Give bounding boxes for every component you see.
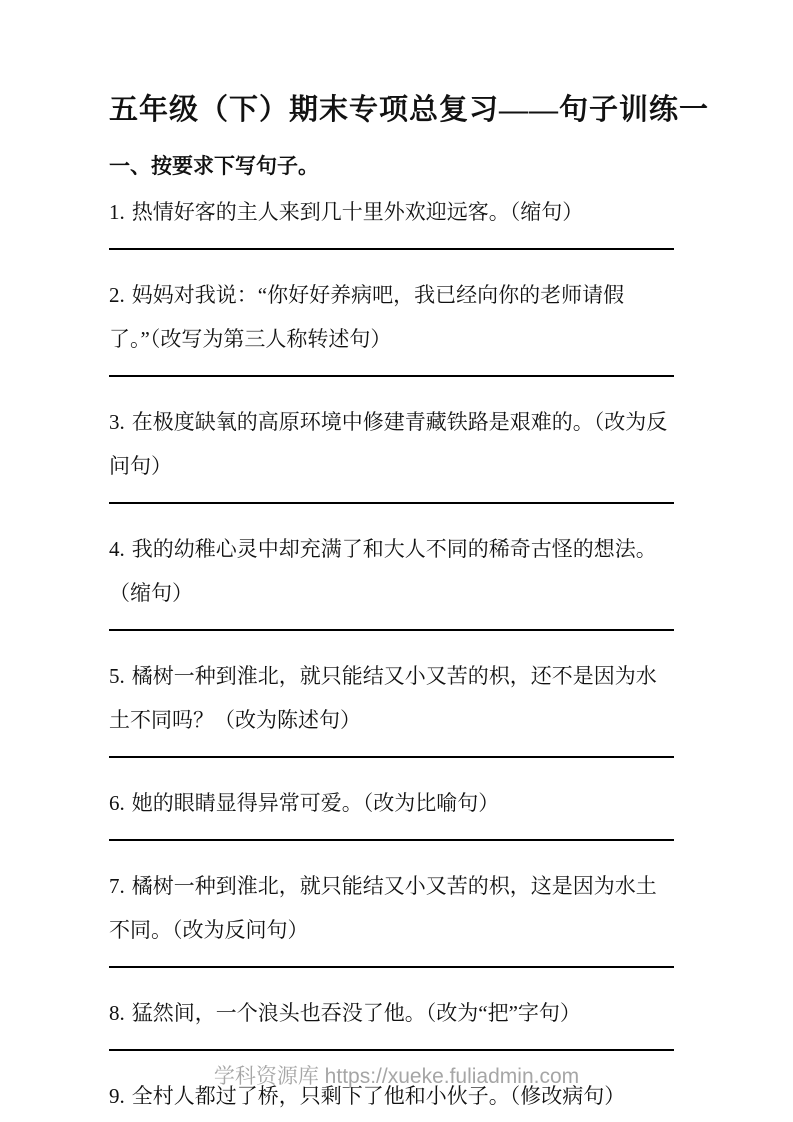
question-number: 6.	[109, 791, 125, 815]
question-block-6: 6.她的眼睛显得异常可爱。（改为比喻句）	[109, 781, 674, 841]
question-body: 她的眼睛显得异常可爱。（改为比喻句）	[132, 791, 500, 815]
question-body: 在极度缺氧的高原环境中修建青藏铁路是艰难的。（改为反问句）	[109, 410, 667, 478]
section-heading: 一、按要求下写句子。	[109, 144, 674, 188]
footer-watermark: 学科资源库 https://xueke.fuliadmin.com	[0, 1064, 793, 1090]
question-block-4: 4.我的幼稚心灵中却充满了和大人不同的稀奇古怪的想法。（缩句）	[109, 527, 674, 631]
answer-line	[109, 756, 674, 758]
question-block-2: 2.妈妈对我说：“你好好养病吧，我已经向你的老师请假了。”（改写为第三人称转述句…	[109, 273, 674, 377]
question-text: 1.热情好客的主人来到几十里外欢迎远客。（缩句）	[109, 190, 674, 234]
answer-line	[109, 629, 674, 631]
question-body: 我的幼稚心灵中却充满了和大人不同的稀奇古怪的想法。（缩句）	[109, 537, 657, 605]
question-block-1: 1.热情好客的主人来到几十里外欢迎远客。（缩句）	[109, 190, 674, 250]
question-body: 热情好客的主人来到几十里外欢迎远客。（缩句）	[132, 200, 584, 224]
question-body: 妈妈对我说：“你好好养病吧，我已经向你的老师请假了。”（改写为第三人称转述句）	[109, 283, 624, 351]
question-text: 6.她的眼睛显得异常可爱。（改为比喻句）	[109, 781, 674, 825]
question-number: 8.	[109, 1001, 125, 1025]
question-number: 3.	[109, 410, 125, 434]
worksheet-page: 五年级（下）期末专项总复习——句子训练一 一、按要求下写句子。 1.热情好客的主…	[0, 0, 793, 1122]
question-number: 7.	[109, 874, 125, 898]
answer-line	[109, 375, 674, 377]
question-text: 4.我的幼稚心灵中却充满了和大人不同的稀奇古怪的想法。（缩句）	[109, 527, 674, 615]
question-body: 橘树一种到淮北，就只能结又小又苦的枳，这是因为水土不同。（改为反问句）	[109, 874, 657, 942]
question-text: 2.妈妈对我说：“你好好养病吧，我已经向你的老师请假了。”（改写为第三人称转述句…	[109, 273, 674, 361]
answer-line	[109, 502, 674, 504]
question-block-8: 8.猛然间，一个浪头也吞没了他。（改为“把”字句）	[109, 991, 674, 1051]
question-block-7: 7.橘树一种到淮北，就只能结又小又苦的枳，这是因为水土不同。（改为反问句）	[109, 864, 674, 968]
question-block-3: 3.在极度缺氧的高原环境中修建青藏铁路是艰难的。（改为反问句）	[109, 400, 674, 504]
answer-line	[109, 248, 674, 250]
question-text: 8.猛然间，一个浪头也吞没了他。（改为“把”字句）	[109, 991, 674, 1035]
question-text: 3.在极度缺氧的高原环境中修建青藏铁路是艰难的。（改为反问句）	[109, 400, 674, 488]
question-number: 2.	[109, 283, 125, 307]
question-block-5: 5.橘树一种到淮北，就只能结又小又苦的枳，还不是因为水土不同吗？（改为陈述句）	[109, 654, 674, 758]
answer-line	[109, 1049, 674, 1051]
answer-line	[109, 839, 674, 841]
answer-line	[109, 966, 674, 968]
question-number: 4.	[109, 537, 125, 561]
page-title: 五年级（下）期末专项总复习——句子训练一	[109, 88, 674, 132]
question-body: 橘树一种到淮北，就只能结又小又苦的枳，还不是因为水土不同吗？（改为陈述句）	[109, 664, 657, 732]
question-text: 7.橘树一种到淮北，就只能结又小又苦的枳，这是因为水土不同。（改为反问句）	[109, 864, 674, 952]
question-number: 1.	[109, 200, 125, 224]
question-text: 5.橘树一种到淮北，就只能结又小又苦的枳，还不是因为水土不同吗？（改为陈述句）	[109, 654, 674, 742]
question-body: 猛然间，一个浪头也吞没了他。（改为“把”字句）	[132, 1001, 581, 1025]
question-number: 5.	[109, 664, 125, 688]
